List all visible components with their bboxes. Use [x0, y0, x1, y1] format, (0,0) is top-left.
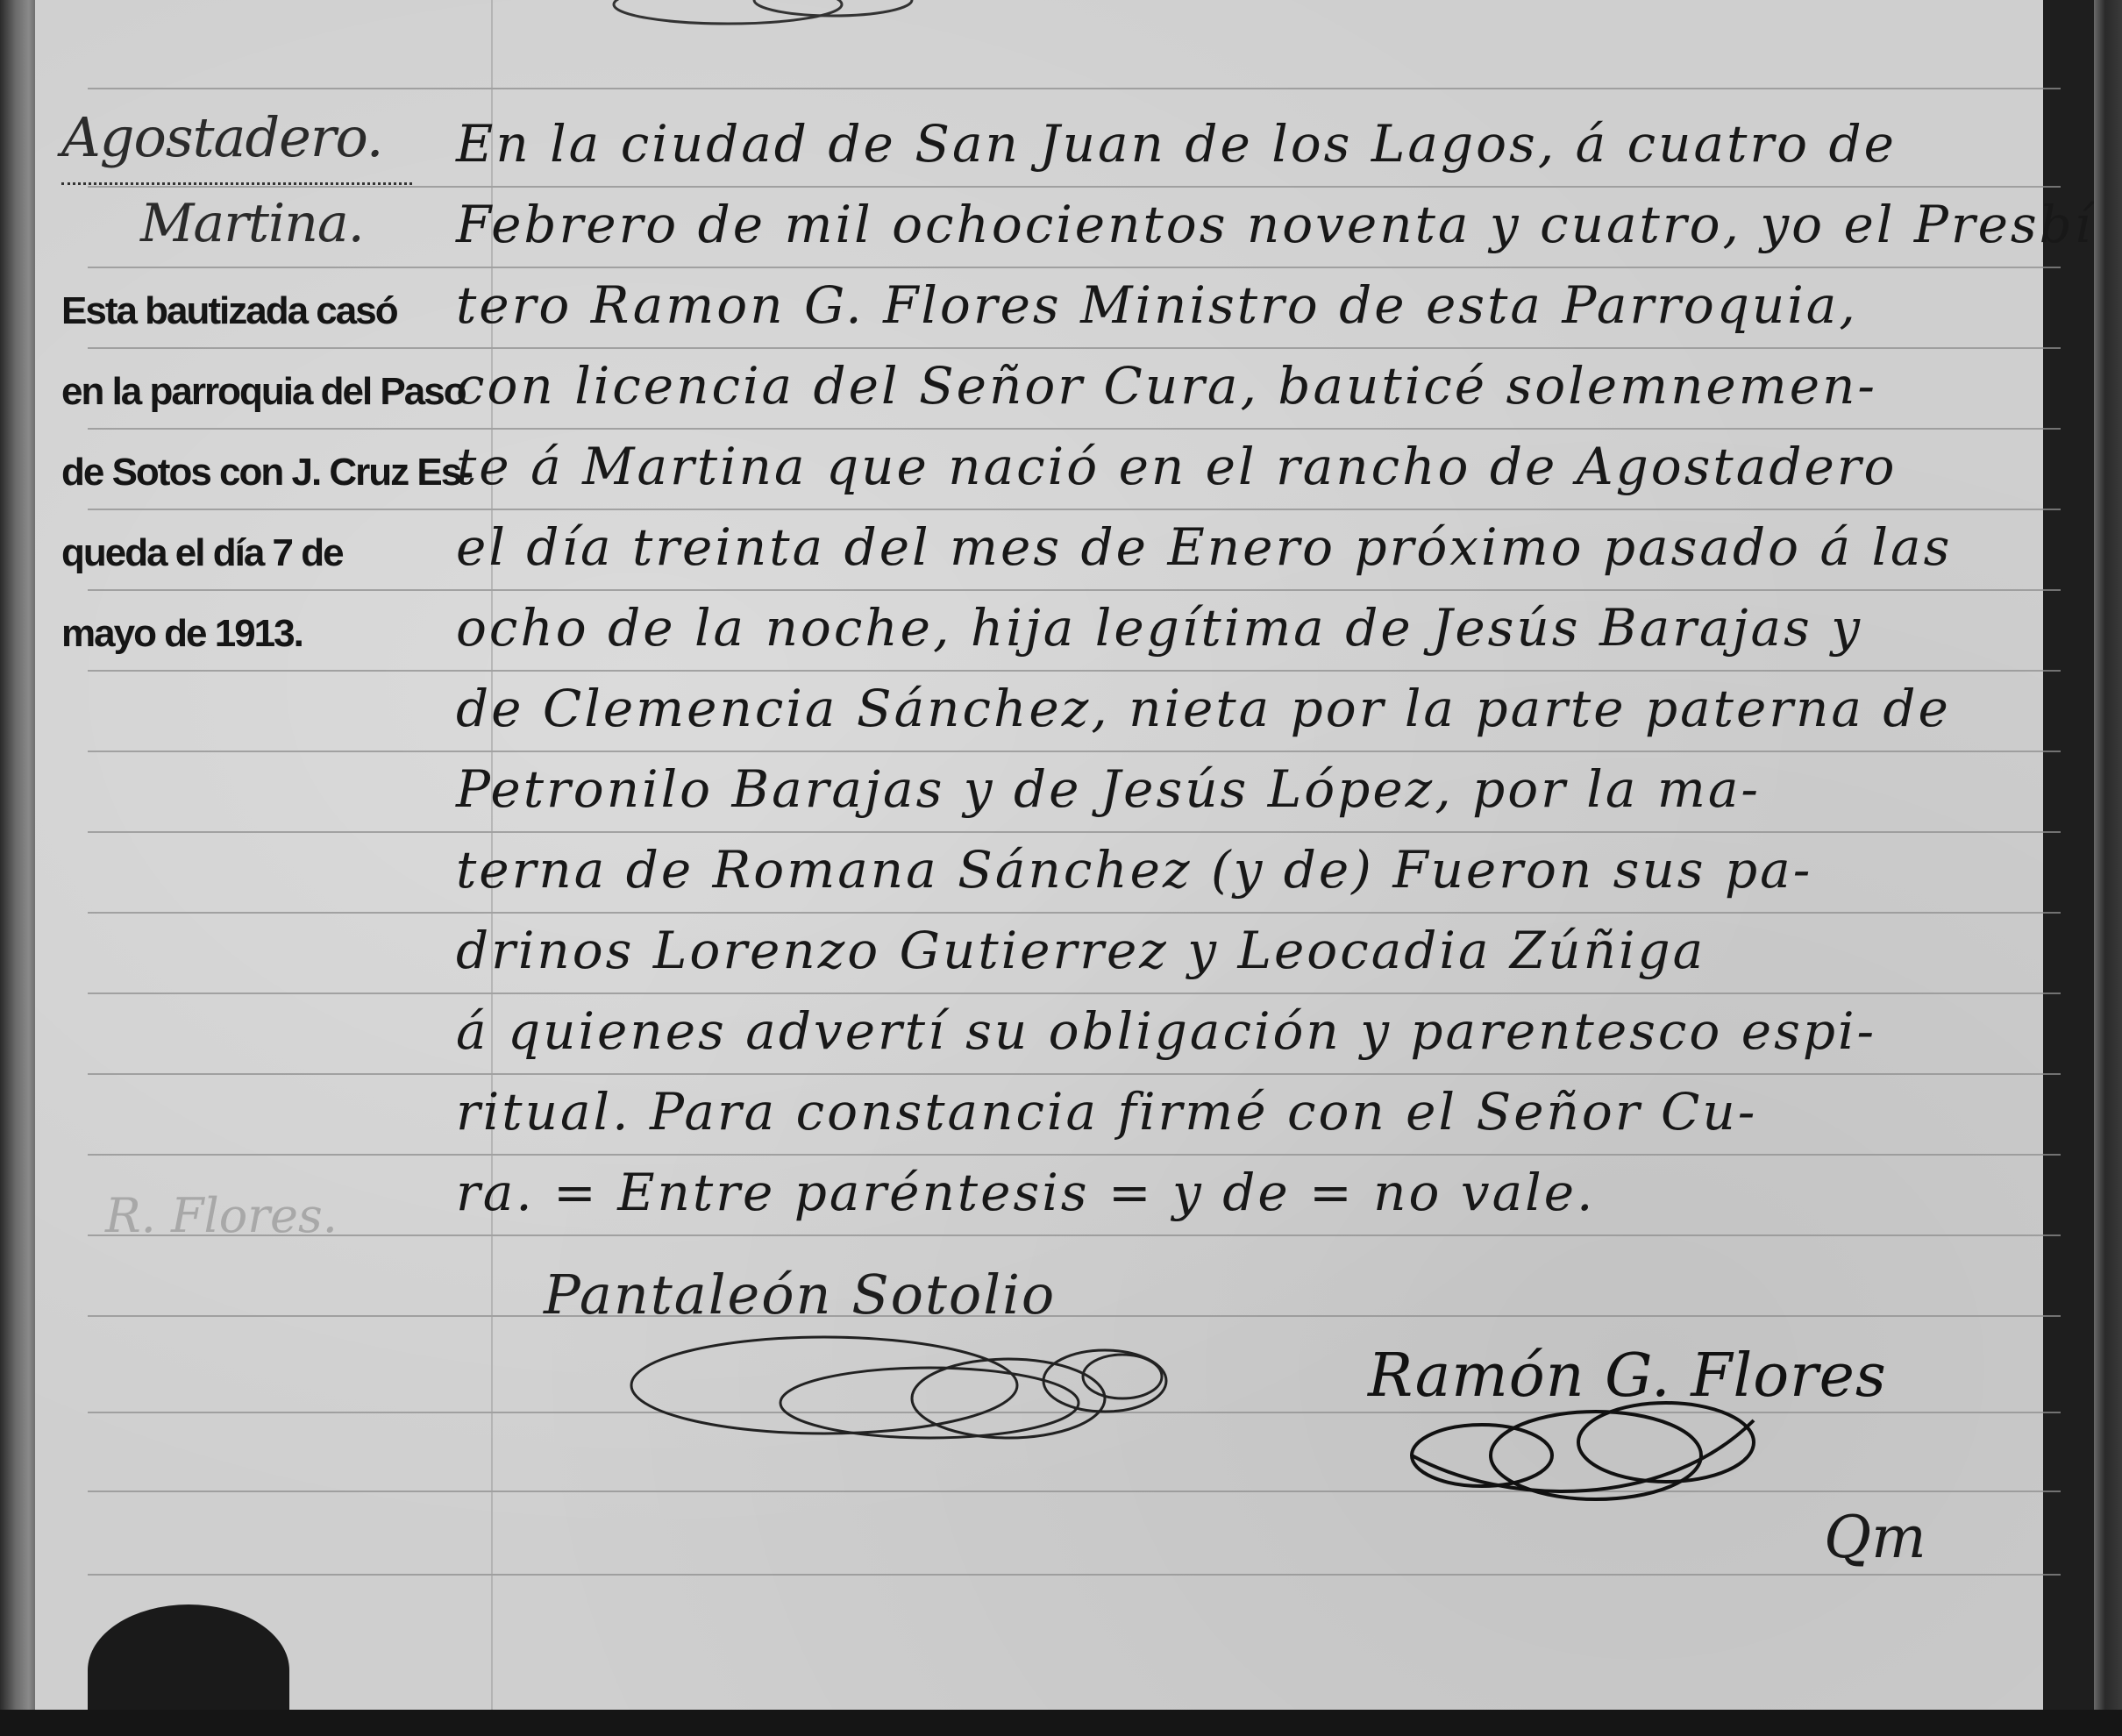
margin-annotation-line: Esta bautizada casó	[61, 289, 397, 333]
bottom-shadow	[0, 1710, 2122, 1736]
ruled-line	[88, 1154, 2061, 1156]
margin-annotation-line: de Sotos con J. Cruz Es-	[61, 451, 472, 494]
body-line: Petronilo Barajas y de Jesús López, por …	[456, 759, 1761, 819]
heading-underline	[61, 177, 412, 185]
body-line: terna de Romana Sánchez (y de) Fueron su…	[456, 840, 1812, 900]
book-binding-edge-right	[2094, 0, 2122, 1736]
ruled-line	[88, 831, 2061, 833]
body-line: ritual. Para constancia firmé con el Señ…	[456, 1082, 1757, 1142]
ruled-line	[88, 912, 2061, 914]
ruled-line	[88, 509, 2061, 510]
ruled-line	[88, 1234, 2061, 1236]
ruled-line	[88, 1315, 2061, 1317]
body-line: Febrero de mil ochocientos noventa y cua…	[456, 195, 2113, 254]
ruled-line	[88, 428, 2061, 430]
body-line: En la ciudad de San Juan de los Lagos, á…	[456, 114, 1897, 174]
ruled-line	[88, 347, 2061, 349]
signature-flourish-icon	[1403, 1394, 1771, 1517]
body-line: ocho de la noche, hija legítima de Jesús…	[456, 598, 1862, 658]
previous-record-flourish-icon	[614, 0, 1491, 35]
ruled-line	[88, 993, 2061, 994]
witness-name: Pantaleón Sotolio	[544, 1263, 1056, 1327]
place-heading: Agostadero.	[61, 105, 382, 169]
body-line: con licencia del Señor Cura, bauticé sol…	[456, 356, 1877, 416]
body-line: de Clemencia Sánchez, nieta por la parte…	[456, 679, 1951, 738]
rubric-initials: Qm	[1824, 1504, 1926, 1571]
ruled-line	[88, 267, 2061, 268]
ruled-line	[88, 751, 2061, 752]
margin-annotation-line: en la parroquia del Paso	[61, 370, 466, 414]
body-line: drinos Lorenzo Gutierrez y Leocadia Zúñi…	[456, 921, 1705, 980]
body-line: ra. = Entre paréntesis = y de = no vale.	[456, 1163, 1595, 1222]
child-name: Martina.	[140, 193, 364, 254]
ruled-line	[88, 1574, 2061, 1576]
witness-flourish-icon	[614, 1333, 1245, 1473]
ruled-line	[88, 670, 2061, 672]
body-line: el día treinta del mes de Enero próximo …	[456, 517, 1952, 577]
faint-margin-signature: R. Flores.	[105, 1188, 338, 1243]
body-line: á quienes advertí su obligación y parent…	[456, 1001, 1876, 1061]
ruled-line	[88, 88, 2061, 89]
ruled-line	[88, 186, 2061, 188]
body-line: tero Ramon G. Flores Ministro de esta Pa…	[456, 275, 1858, 335]
ruled-line	[88, 589, 2061, 591]
margin-annotation-line: queda el día 7 de	[61, 531, 343, 575]
body-line: te á Martina que nació en el rancho de A…	[456, 437, 1897, 496]
margin-annotation-line: mayo de 1913.	[61, 612, 303, 656]
ruled-line	[88, 1073, 2061, 1075]
